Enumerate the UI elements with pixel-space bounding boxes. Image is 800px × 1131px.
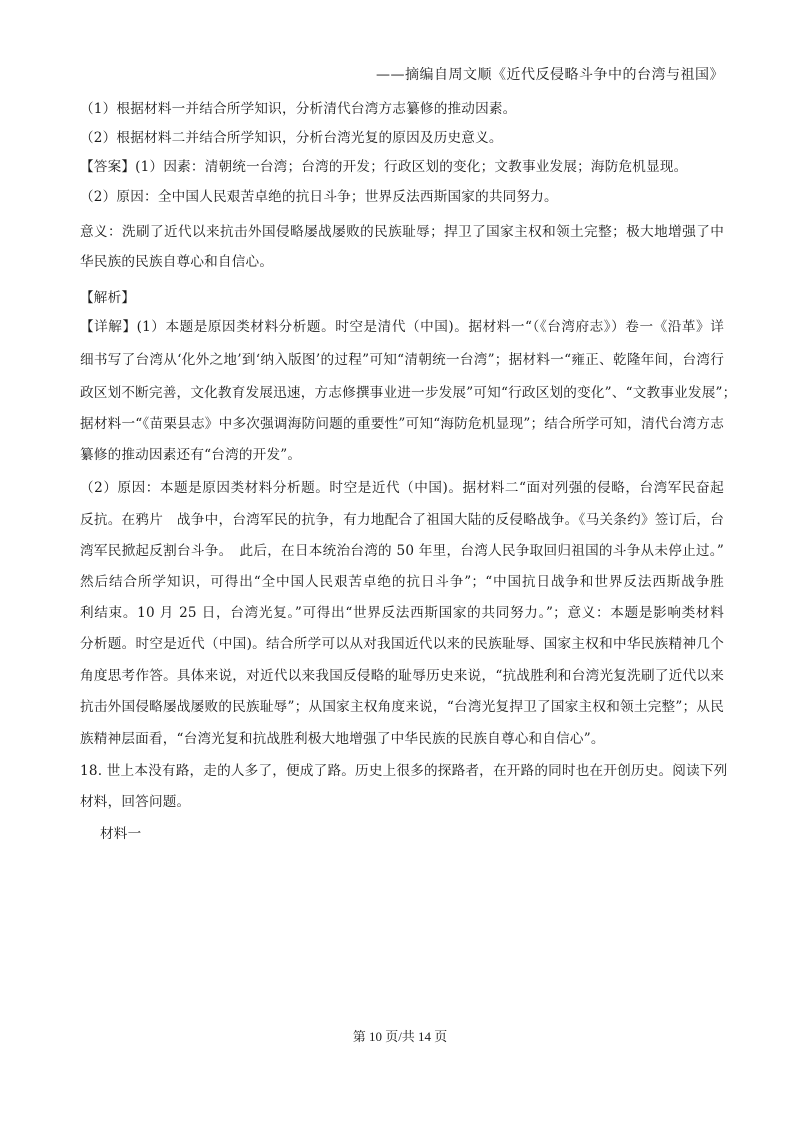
source-citation: ——摘编自周文顺《近代反侵略斗争中的台湾与祖国》 (376, 64, 724, 84)
answer-line-4: 华民族的民族自尊心和自信心。 (80, 252, 724, 272)
question-18-line-2: 材料，回答问题。 (80, 792, 724, 812)
analysis-heading: 【解析】 (80, 288, 724, 308)
answer-line-1: 【答案】(1）因素：清朝统一台湾；台湾的开发；行政区划的变化；文教事业发展；海防… (80, 157, 724, 177)
document-page: ——摘编自周文顺《近代反侵略斗争中的台湾与祖国》 （1）根据材料一并结合所学知识… (0, 0, 800, 1131)
detail-line: 角度思考作答。具体来说，对近代以来我国反侵略的耻辱历史来说，“抗战胜利和台湾光复… (80, 666, 724, 686)
question-18-line-1: 18. 世上本没有路，走的人多了，便成了路。历史上很多的探路者，在开路的同时也在… (80, 761, 724, 781)
question-2: （2）根据材料二并结合所学知识，分析台湾光复的原因及历史意义。 (80, 128, 724, 148)
detail-line: 政区划不断完善，文化教育发展迅速，方志修撰事业进一步发展”可知“行政区划的变化”… (80, 383, 724, 403)
detail-line: 反抗。在鸦片 战争中，台湾军民的抗争，有力地配合了祖国大陆的反侵略战争。《马关条… (80, 510, 724, 530)
detail-line: 利结束。10 月 25 日，台湾光复。”可得出“世界反法西斯国家的共同努力。”；… (80, 603, 724, 623)
detail-line: （2）原因：本题是原因类材料分析题。时空是近代（中国)。据材料二“面对列强的侵略… (80, 478, 724, 498)
detail-line: 族精神层面看，“台湾光复和抗战胜利极大地增强了中华民族的民族自尊心和自信心”。 (80, 729, 724, 749)
page-indicator: 第 10 页/共 14 页 (0, 1026, 800, 1045)
detail-line: 然后结合所学知识，可得出“全中国人民艰苦卓绝的抗日斗争”；“中国抗日战争和世界反… (80, 572, 724, 592)
answer-line-3: 意义：洗刷了近代以来抗击外国侵略屡战屡败的民族耻辱；捍卫了国家主权和领土完整；极… (80, 222, 724, 242)
detail-line: 纂修的推动因素还有“台湾的开发”。 (80, 445, 724, 465)
detail-line: 据材料一“《苗栗县志》中多次强调海防问题的重要性”可知“海防危机显现”；结合所学… (80, 414, 724, 434)
material-label: 材料一 (100, 824, 744, 844)
detail-line: 湾军民掀起反割台斗争。 此后，在日本统治台湾的 50 年里，台湾人民争取回归祖国… (80, 541, 724, 561)
question-1: （1）根据材料一并结合所学知识，分析清代台湾方志纂修的推动因素。 (80, 99, 724, 119)
answer-line-2: （2）原因：全中国人民艰苦卓绝的抗日斗争；世界反法西斯国家的共同努力。 (80, 187, 724, 207)
detail-line: 细书写了台湾从‘化外之地’到‘纳入版图’的过程”可知“清朝统一台湾”；据材料一“… (80, 350, 724, 370)
detail-line: 分析题。时空是近代（中国)。结合所学可以从对我国近代以来的民族耻辱、国家主权和中… (80, 634, 724, 654)
detail-line: 【详解】(1）本题是原因类材料分析题。时空是清代（中国)。据材料一“（《台湾府志… (80, 317, 724, 337)
detail-line: 抗击外国侵略屡战屡败的民族耻辱”；从国家主权角度来说，“台湾光复捍卫了国家主权和… (80, 697, 724, 717)
